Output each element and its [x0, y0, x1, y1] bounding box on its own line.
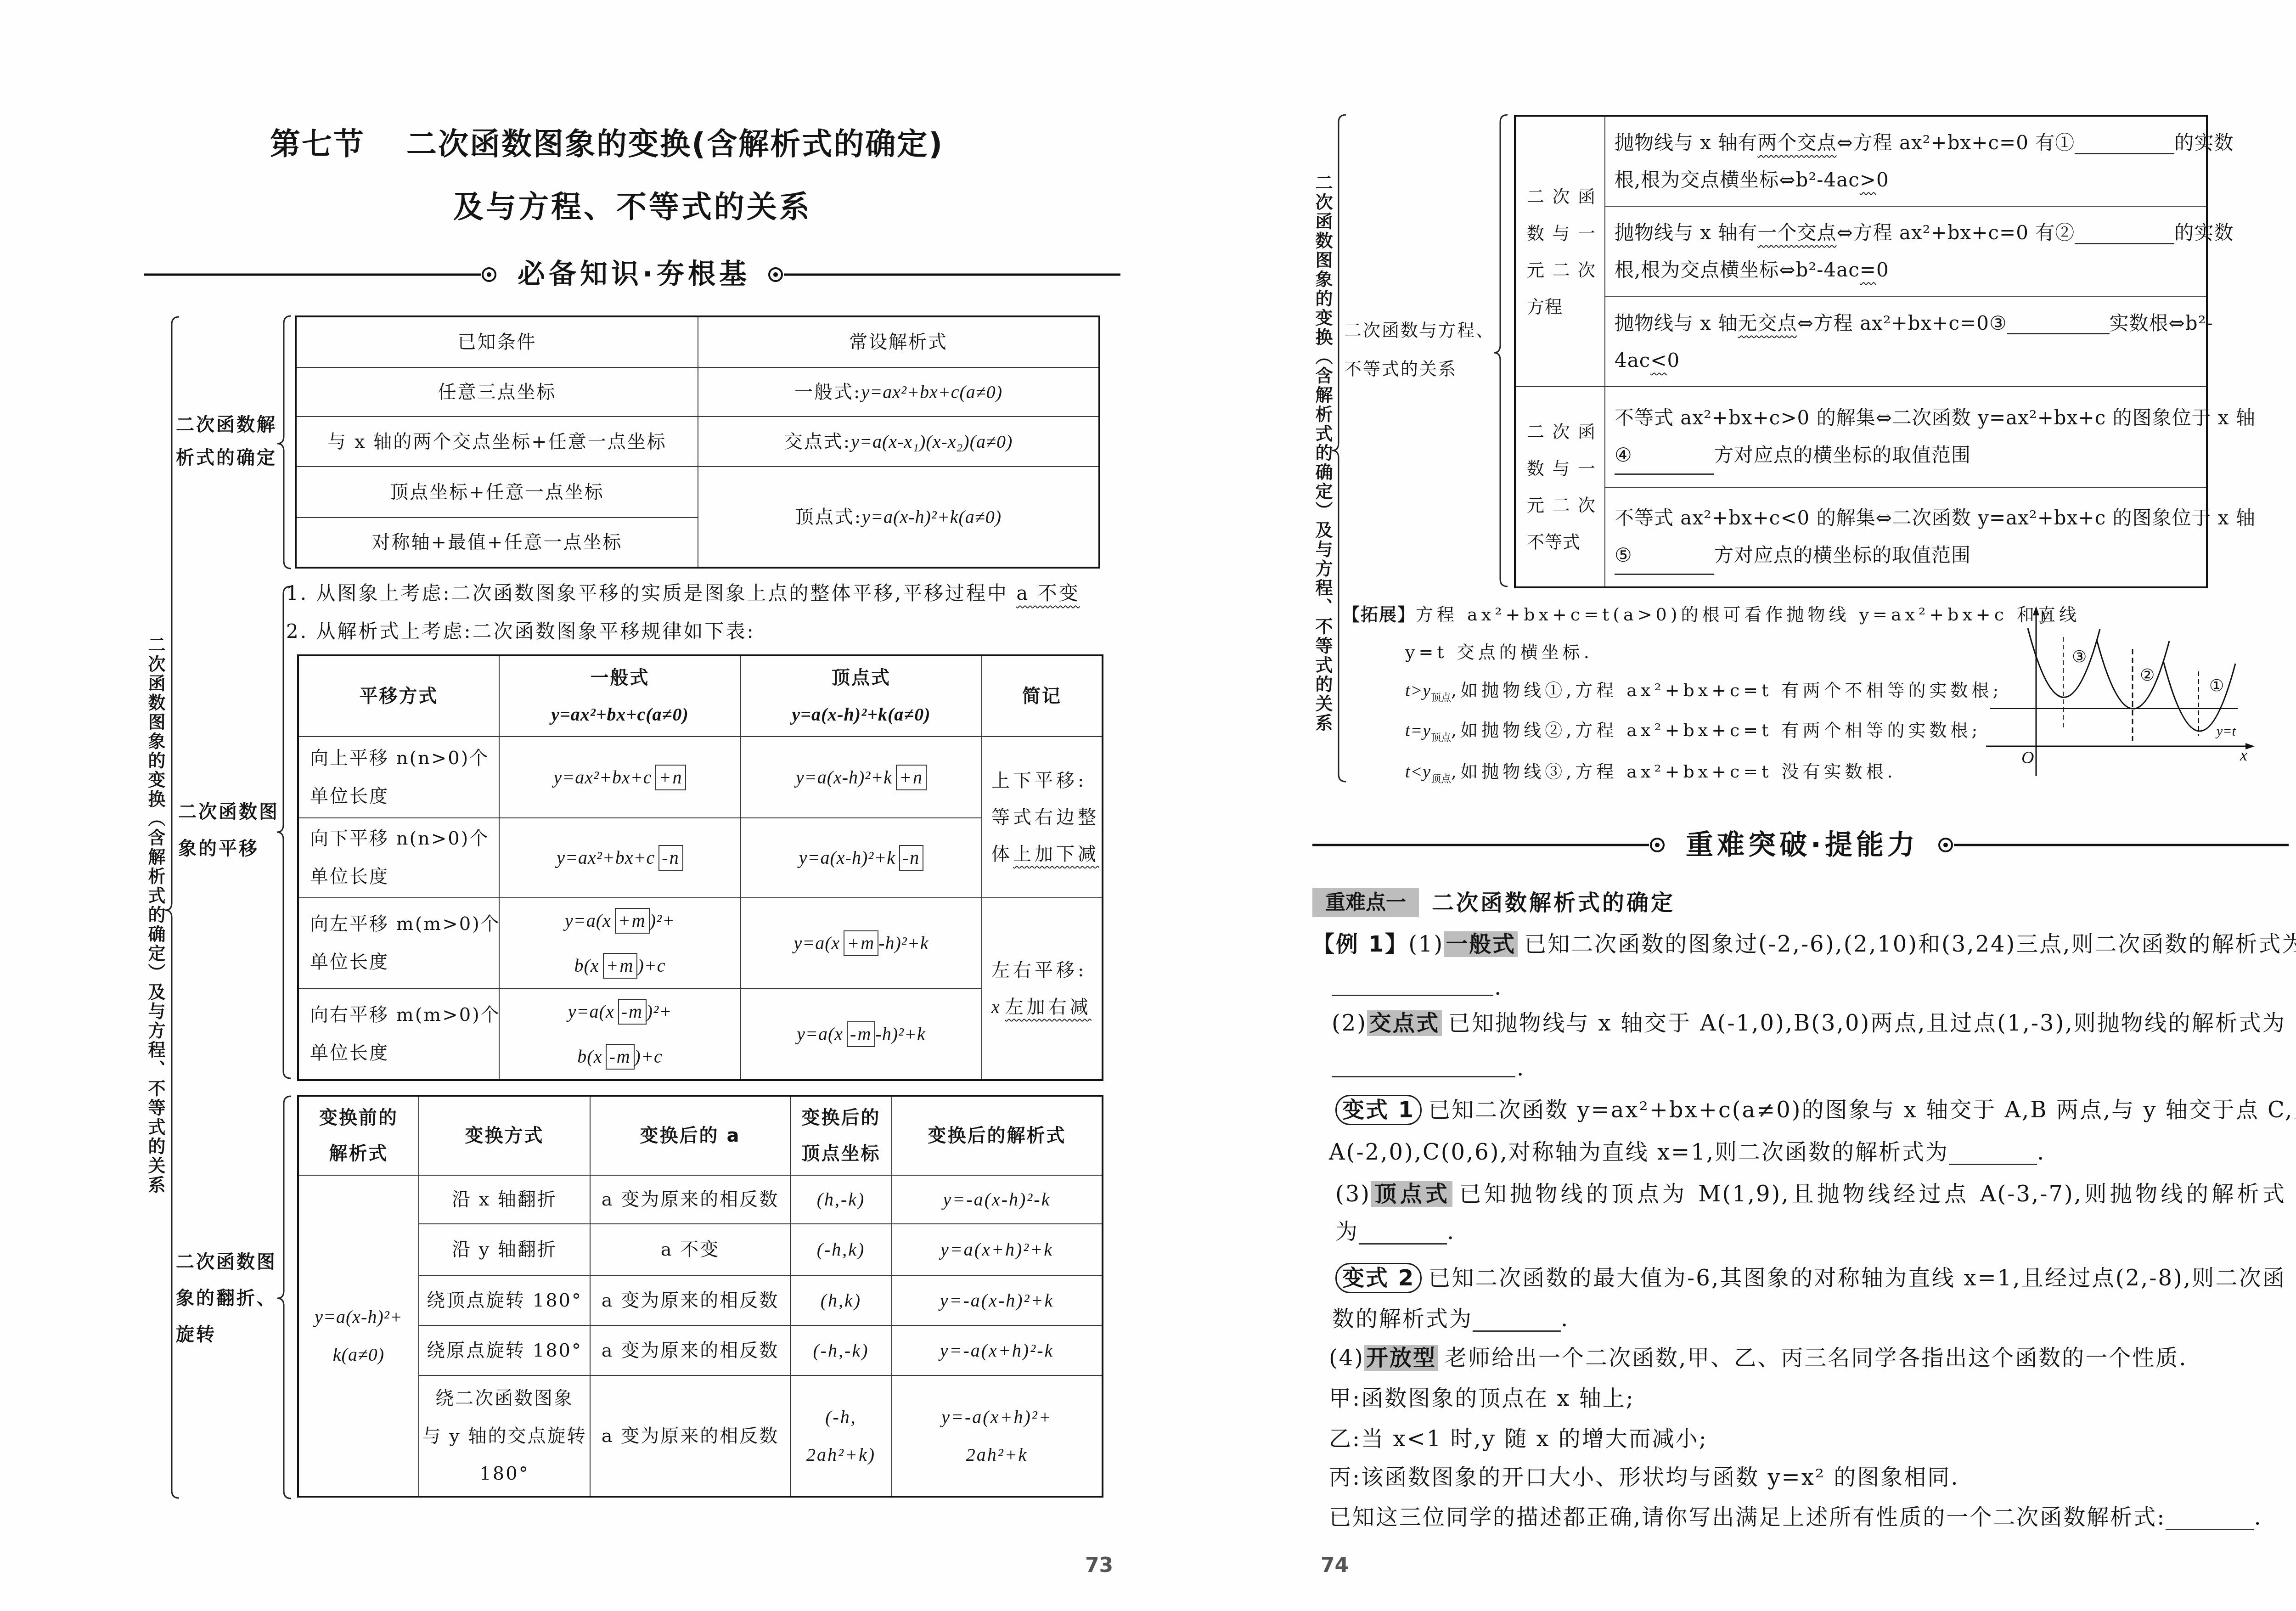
- case-condition: t<y: [1405, 762, 1431, 782]
- case-text: ,如抛物线②,方程 ax²+bx+c=t 有两个相等的实数根;: [1451, 720, 1981, 740]
- example-1-part-1: 【例 1】(1)一般式已知二次函数的图象过(-2,-6),(2,10)和(3,2…: [1312, 930, 2286, 958]
- curve-label-1: ①: [2209, 676, 2224, 695]
- variant-1-line-2: A(-2,0),C(0,6),对称轴为直线 x=1,则二次函数的解析式为.: [1329, 1138, 2045, 1166]
- answer-blank-4: ④: [1615, 436, 1714, 475]
- right-page: 二次函数图象的变换（含解析式的确定）及与方程、不等式的关系 二次函数与方程、 不…: [0, 0, 2296, 1611]
- text: 0: [1876, 169, 1889, 191]
- period: .: [1517, 1054, 1525, 1082]
- variant-tag: 变式 2: [1335, 1263, 1422, 1293]
- x-axis-label: x: [2240, 746, 2247, 764]
- variant-1-line-1: 变式 1已知二次函数 y=ax²+bx+c(a≠0)的图象与 x 轴交于 A,B…: [1335, 1095, 2286, 1125]
- relation-line: 不等式 ax²+bx+c<0 的解集⇔二次函数 y=ax²+bx+c 的图象位于…: [1615, 499, 2199, 536]
- relation-row-two-intersections: 抛物线与 x 轴有两个交点⇔方程 ax²+bx+c=0 有①的实数 根,根为交点…: [1605, 116, 2207, 206]
- answer-blank-3: [2007, 313, 2110, 334]
- period: .: [2037, 1139, 2045, 1165]
- relation-line: 抛物线与 x 轴有一个交点⇔方程 ax²+bx+c=0 有②的实数: [1615, 214, 2199, 251]
- relation-row-greater: 不等式 ax²+bx+c>0 的解集⇔二次函数 y=ax²+bx+c 的图象位于…: [1605, 387, 2207, 487]
- text: 根,根为交点横坐标⇔b²-4ac: [1615, 169, 1860, 191]
- side-chapter-title: 二次函数图象的变换（含解析式的确定）及与方程、不等式的关系: [1312, 174, 1333, 743]
- question-text: 已知这三位同学的描述都正确,请你写出满足上述所有性质的一个二次函数解析式:: [1329, 1504, 2166, 1530]
- emphasis: =: [1860, 259, 1876, 281]
- student-bing-statement: 丙:该函数图象的开口大小、形状均与函数 y=x² 的图象相同.: [1329, 1464, 1959, 1491]
- relation-line: 根,根为交点横坐标⇔b²-4ac=0: [1615, 251, 2206, 288]
- method-tag: 开放型: [1364, 1345, 1438, 1371]
- relation-row-no-intersection: 抛物线与 x 轴无交点⇔方程 ax²+bx+c=0③实数根⇔b²- 4ac<0: [1605, 296, 2207, 387]
- question-text: A(-2,0),C(0,6),对称轴为直线 x=1,则二次函数的解析式为: [1329, 1139, 1949, 1165]
- relation-label-line: 二次函数与方程、: [1344, 311, 1495, 349]
- key-point-title: 二次函数解析式的确定: [1432, 889, 1675, 917]
- relation-label: 二次函数与方程、 不等式的关系: [1344, 311, 1495, 388]
- relation-line: 抛物线与 x 轴无交点⇔方程 ax²+bx+c=0③实数根⇔b²-: [1615, 304, 2199, 342]
- section-header-breakthrough: 重难突破·提能力: [1671, 828, 1934, 862]
- emphasis: 无交点: [1738, 312, 1797, 334]
- text: ⇔方程 ax²+bx+c=0 有①: [1836, 131, 2075, 154]
- group-label-line: 元二次: [1527, 252, 1596, 288]
- example-1-part-4: (4)开放型老师给出一个二次函数,甲、乙、丙三名同学各指出这个函数的一个性质.: [1329, 1344, 2188, 1372]
- circled-number: ④: [1615, 444, 1632, 466]
- extension-case-2: t=y顶点,如抛物线②,方程 ax²+bx+c=t 有两个相等的实数根;: [1405, 719, 1981, 749]
- method-tag: 交点式: [1367, 1010, 1442, 1036]
- question-text: 已知二次函数的图象过(-2,-6),(2,10)和(3,24)三点,则二次函数的…: [1524, 931, 2296, 957]
- relation-line: 根,根为交点横坐标⇔b²-4ac>0: [1615, 161, 2206, 198]
- part-number: (1): [1408, 931, 1444, 957]
- group-label-line: 元二次: [1527, 487, 1596, 524]
- relation-line: ④方对应点的横坐标的取值范围: [1615, 436, 2206, 475]
- emphasis: >: [1860, 169, 1876, 191]
- question-text: 已知抛物线的顶点为 M(1,9),且抛物线经过点 A(-3,-7),则抛物线的解…: [1459, 1181, 2286, 1207]
- case-subscript: 顶点: [1431, 773, 1451, 785]
- relation-line: 抛物线与 x 轴有两个交点⇔方程 ax²+bx+c=0 有①的实数: [1615, 124, 2199, 161]
- answer-blank-1: [2075, 132, 2174, 154]
- text: 的实数: [2174, 221, 2234, 244]
- answer-blank-example-1-1: [1332, 995, 1493, 996]
- group-label-line: 不等式: [1527, 524, 1604, 560]
- y-axis-arrow-icon: [2033, 606, 2039, 615]
- case-text: ,如抛物线①,方程 ax²+bx+c=t 有两个不相等的实数根;: [1451, 680, 2002, 700]
- answer-blank-example-1-4: [2166, 1506, 2254, 1530]
- student-yi-statement: 乙:当 x<1 时,y 随 x 的增大而减小;: [1329, 1425, 1708, 1453]
- method-tag: 顶点式: [1371, 1181, 1452, 1207]
- relation-line: 4ac<0: [1615, 342, 2206, 379]
- student-jia-statement: 甲:函数图象的顶点在 x 轴上;: [1329, 1385, 1635, 1412]
- textbook-spread: 第七节二次函数图象的变换(含解析式的确定) 及与方程、不等式的关系 必备知识·夯…: [0, 0, 2296, 1611]
- answer-blank-variant-2: [1473, 1307, 1561, 1332]
- variant-2-line-2: 数的解析式为.: [1332, 1305, 1569, 1333]
- period: .: [1494, 974, 1503, 1001]
- question-text: 老师给出一个二次函数,甲、乙、丙三名同学各指出这个函数的一个性质.: [1445, 1345, 2188, 1371]
- emphasis: <: [1650, 349, 1667, 372]
- period: .: [2254, 1504, 2262, 1530]
- line-label: y=t: [2215, 724, 2236, 739]
- answer-blank-variant-1: [1949, 1141, 2037, 1165]
- example-1-part-3-line-2: 为.: [1335, 1218, 1455, 1245]
- group-label-line: 二次函: [1527, 413, 1596, 450]
- case-text: ,如抛物线③,方程 ax²+bx+c=t 没有实数根.: [1451, 761, 1896, 782]
- group-label-line: 方程: [1527, 288, 1604, 325]
- relation-label-line: 不等式的关系: [1344, 349, 1495, 388]
- text: 抛物线与 x 轴有: [1615, 131, 1757, 154]
- equation-group-label: 二次函 数与一 元二次 方程: [1515, 116, 1605, 387]
- variant-tag: 变式 1: [1335, 1095, 1422, 1125]
- page-number: 74: [1321, 1554, 1349, 1577]
- case-subscript: 顶点: [1431, 692, 1451, 704]
- text: 方对应点的横坐标的取值范围: [1714, 444, 1971, 466]
- question-text: 已知二次函数 y=ax²+bx+c(a≠0)的图象与 x 轴交于 A,B 两点,…: [1428, 1097, 2296, 1123]
- method-tag: 一般式: [1444, 931, 1518, 957]
- example-label: 【例 1】: [1312, 931, 1408, 957]
- example-1-part-2: (2)交点式已知抛物线与 x 轴交于 A(-1,0),B(3,0)两点,且过点(…: [1332, 1009, 2286, 1037]
- text: 0: [1876, 259, 1889, 281]
- answer-blank-example-1-3: [1359, 1220, 1447, 1245]
- question-text: 已知二次函数的最大值为-6,其图象的对称轴为直线 x=1,且经过点(2,-8),…: [1428, 1265, 2286, 1291]
- relation-row-less: 不等式 ax²+bx+c<0 的解集⇔二次函数 y=ax²+bx+c 的图象位于…: [1605, 487, 2207, 587]
- text: 4ac: [1615, 349, 1650, 372]
- example-1-part-3-line-1: (3)顶点式已知抛物线的顶点为 M(1,9),且抛物线经过点 A(-3,-7),…: [1335, 1180, 2286, 1208]
- extension-tag: 【拓展】: [1342, 604, 1416, 625]
- group-label-line: 数与一: [1527, 215, 1596, 252]
- extension-case-3: t<y顶点,如抛物线③,方程 ax²+bx+c=t 没有实数根.: [1405, 760, 1896, 791]
- question-text: 已知抛物线与 x 轴交于 A(-1,0),B(3,0)两点,且过点(1,-3),…: [1448, 1010, 2286, 1036]
- answer-blank-5: ⑤: [1615, 536, 1714, 575]
- extension-line-1: 【拓展】方程 ax²+bx+c=t(a>0)的根可看作抛物线 y=ax²+bx+…: [1342, 603, 1964, 626]
- parabola-1: [2164, 663, 2235, 731]
- curve-label-3: ③: [2072, 648, 2087, 666]
- parabola-3: [2028, 628, 2100, 698]
- part-number: (3): [1335, 1181, 1371, 1207]
- text: 方对应点的横坐标的取值范围: [1714, 544, 1971, 566]
- text: 抛物线与 x 轴有: [1615, 221, 1757, 244]
- relation-row-one-intersection: 抛物线与 x 轴有一个交点⇔方程 ax²+bx+c=0 有②的实数 根,根为交点…: [1605, 206, 2207, 296]
- inequality-group-label: 二次函 数与一 元二次 不等式: [1515, 387, 1605, 587]
- answer-blank-2: [2075, 222, 2174, 244]
- parabola-figure: ③ ② ① O y x y=t: [1975, 592, 2259, 785]
- emphasis: 一个交点: [1757, 221, 1836, 244]
- answer-blank-example-1-2: [1332, 1076, 1515, 1077]
- case-subscript: 顶点: [1431, 732, 1451, 744]
- group-label-line: 数与一: [1527, 450, 1596, 487]
- period: .: [1447, 1219, 1455, 1245]
- text: 抛物线与 x 轴: [1615, 312, 1738, 334]
- question-text: 数的解析式为: [1332, 1306, 1473, 1332]
- question-text: 为: [1335, 1219, 1359, 1245]
- text: ⇔方程 ax²+bx+c=0 有②: [1836, 221, 2075, 244]
- text: 0: [1667, 349, 1680, 372]
- example-1-part-4-question: 已知这三位同学的描述都正确,请你写出满足上述所有性质的一个二次函数解析式:.: [1329, 1504, 2262, 1531]
- text: 实数根⇔b²-: [2110, 312, 2213, 334]
- origin-label: O: [2021, 748, 2034, 767]
- extension-line-2: y=t 交点的横坐标.: [1405, 641, 1593, 664]
- period: .: [1561, 1306, 1569, 1332]
- case-condition: t=y: [1405, 721, 1431, 740]
- group-label-line: 二次函: [1527, 178, 1596, 215]
- relation-line: ⑤方对应点的横坐标的取值范围: [1615, 536, 2206, 575]
- text: 根,根为交点横坐标⇔b²-4ac: [1615, 259, 1860, 281]
- text: ⇔方程 ax²+bx+c=0③: [1797, 312, 2007, 334]
- relation-table: 二次函 数与一 元二次 方程 抛物线与 x 轴有两个交点⇔方程 ax²+bx+c…: [1514, 115, 2208, 588]
- relation-line: 不等式 ax²+bx+c>0 的解集⇔二次函数 y=ax²+bx+c 的图象位于…: [1615, 399, 2199, 436]
- key-point-tag: 重难点一: [1312, 888, 1419, 917]
- part-number: (2): [1332, 1010, 1367, 1036]
- part-number: (4): [1329, 1345, 1364, 1371]
- circled-number: ⑤: [1615, 544, 1632, 566]
- y-axis-label: y: [2040, 605, 2049, 624]
- variant-2-line-1: 变式 2已知二次函数的最大值为-6,其图象的对称轴为直线 x=1,且经过点(2,…: [1335, 1263, 2286, 1293]
- curve-label-2: ②: [2140, 666, 2155, 684]
- text: 的实数: [2174, 131, 2234, 154]
- extension-case-1: t>y顶点,如抛物线①,方程 ax²+bx+c=t 有两个不相等的实数根;: [1405, 679, 2002, 710]
- emphasis: 两个交点: [1757, 131, 1836, 154]
- case-condition: t>y: [1405, 681, 1431, 700]
